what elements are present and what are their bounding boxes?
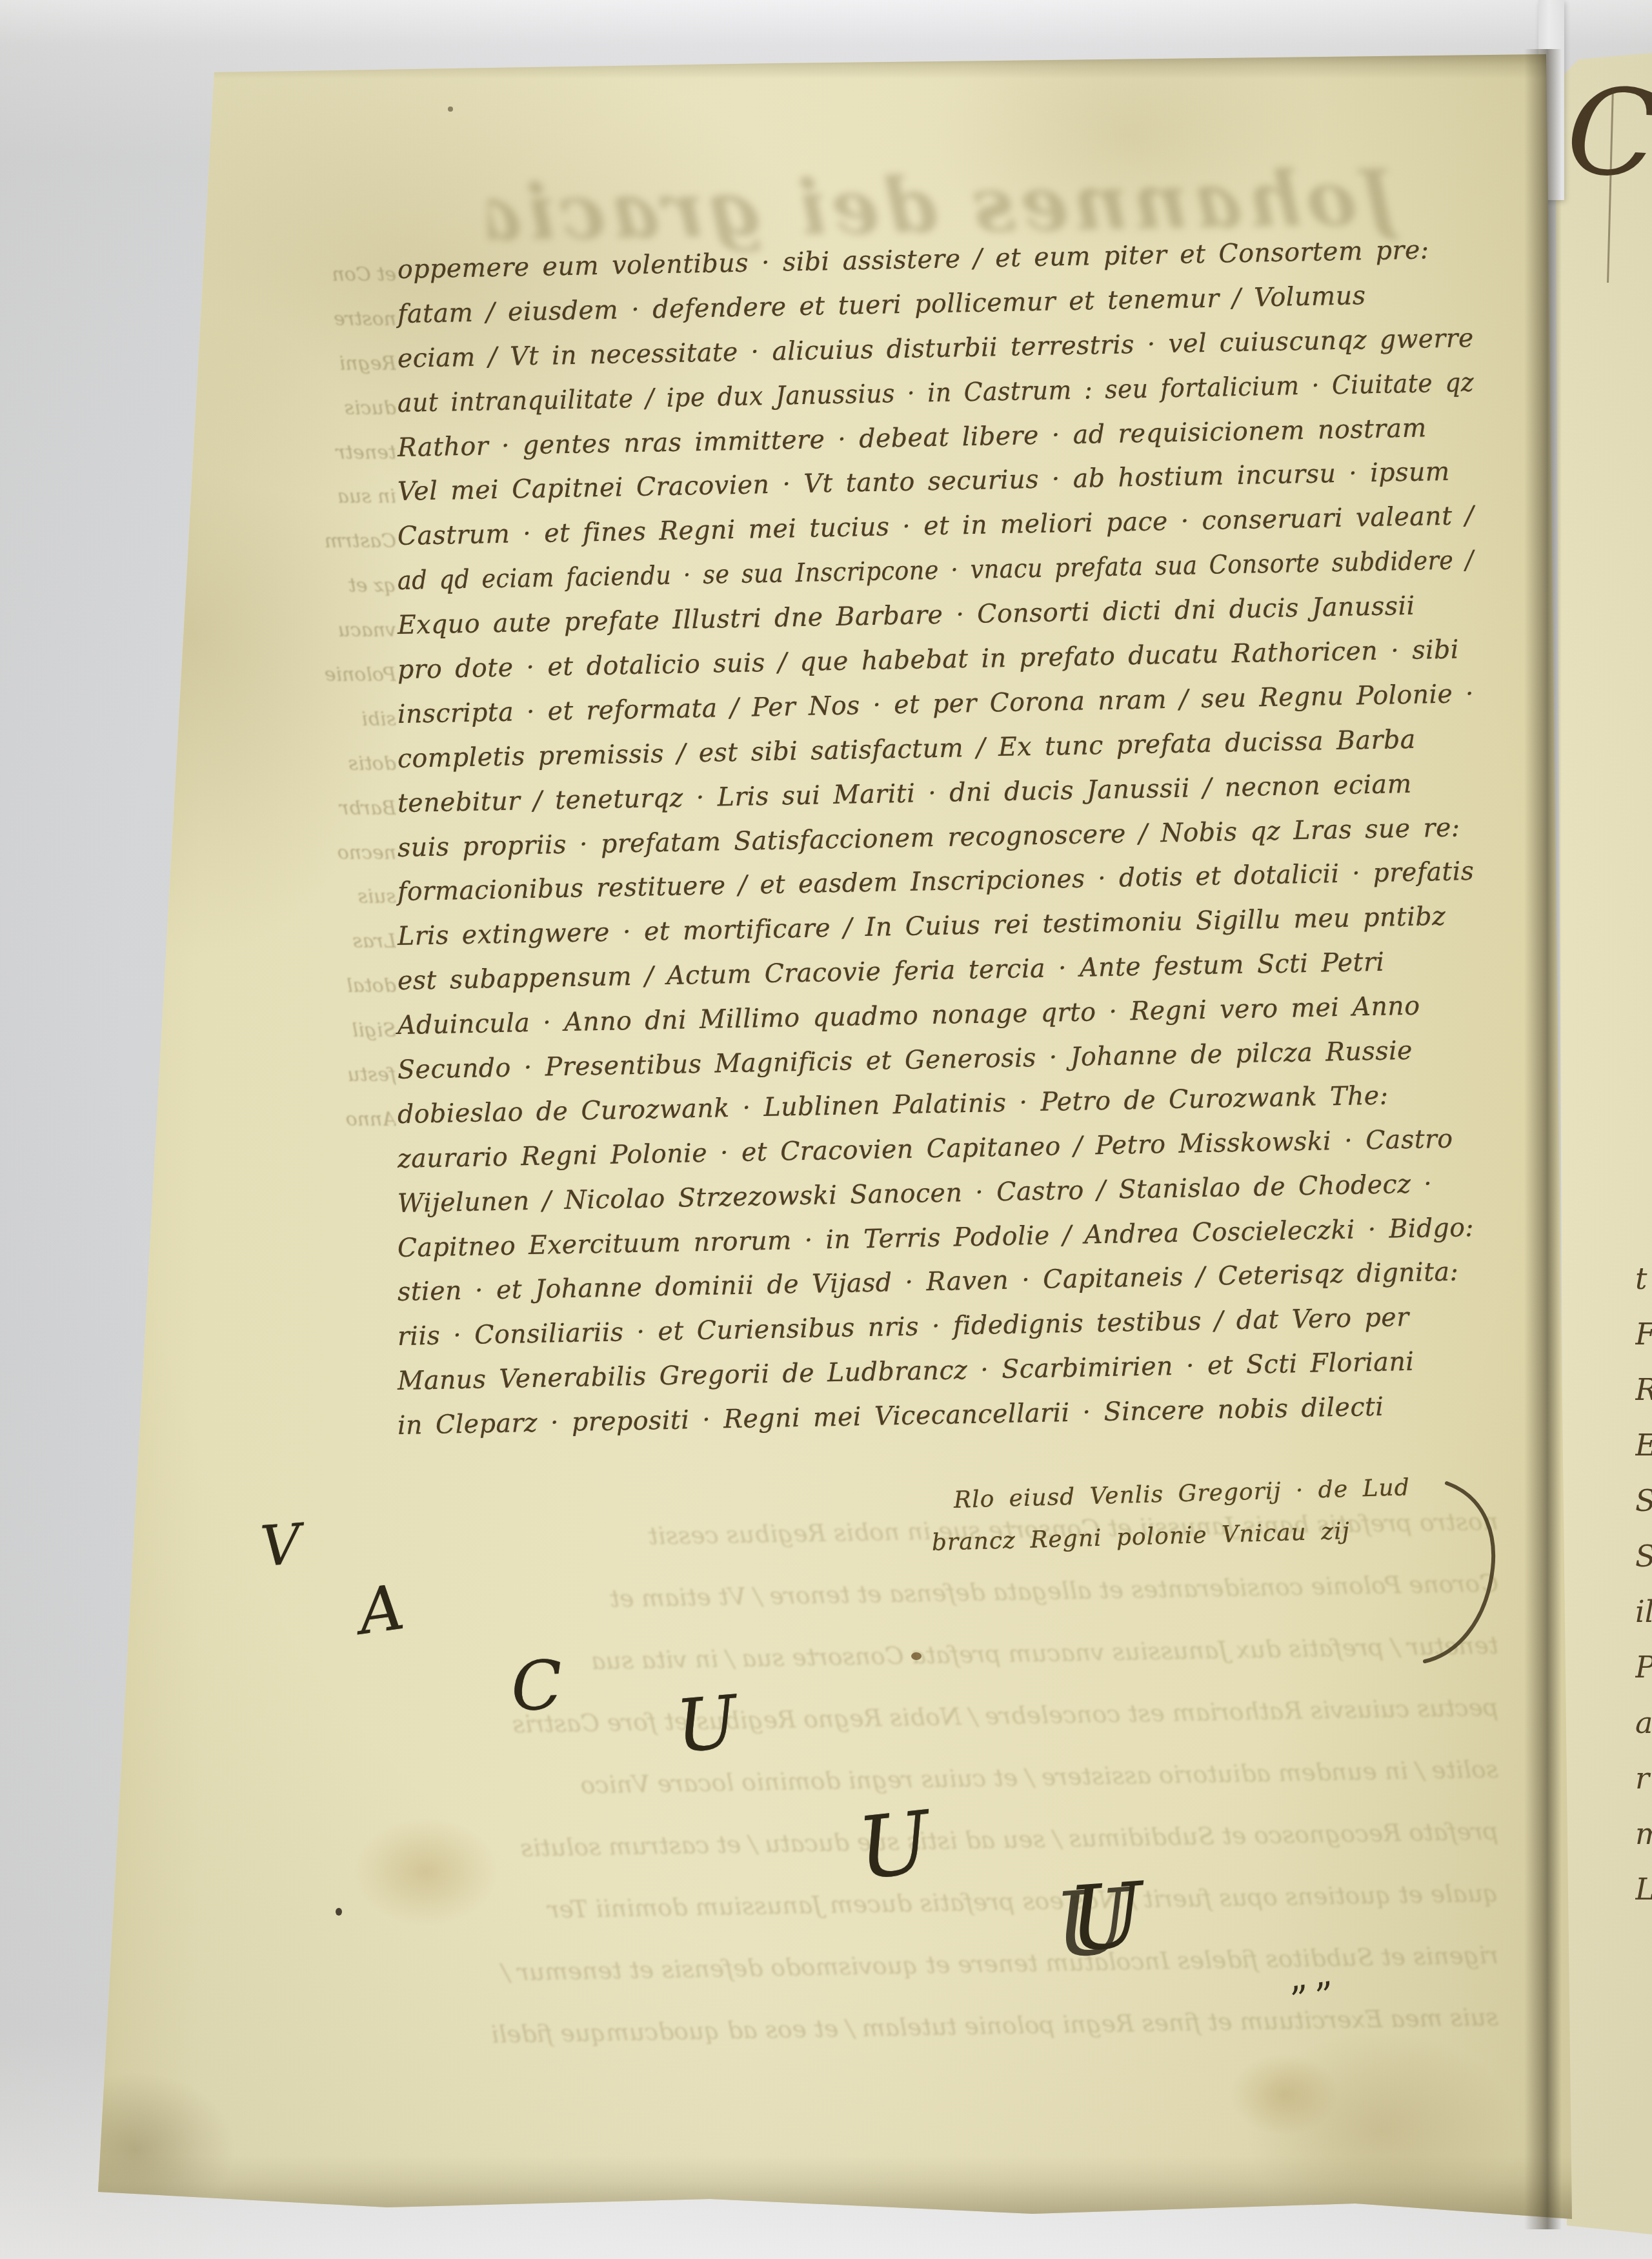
next-page-cut-text-fragments: tFREStSilParmLib bbox=[1635, 1251, 1652, 1917]
cut-letter-fragment: R bbox=[1635, 1362, 1652, 1417]
showthrough-fragment: in sua bbox=[183, 475, 396, 520]
showthrough-fragment: Regni bbox=[183, 342, 396, 387]
manuscript-page: Johannes dei gracia Rex Polonie et Conno… bbox=[0, 0, 1652, 2259]
showthrough-fragment: dotal bbox=[183, 964, 396, 1009]
cut-letter-fragment: E bbox=[1635, 1417, 1652, 1473]
pen-trial-letter: A bbox=[355, 1576, 408, 1644]
cut-letter-fragment: m bbox=[1635, 1806, 1652, 1861]
cut-letter-fragment: S bbox=[1635, 1528, 1652, 1584]
cut-letter-fragment: r bbox=[1635, 1750, 1652, 1806]
showthrough-fragment: tenetr bbox=[183, 431, 396, 476]
showthrough-fragment: Barbr bbox=[183, 787, 396, 831]
showthrough-fragment: nostre bbox=[183, 298, 396, 342]
cut-letter-fragment: P bbox=[1635, 1639, 1652, 1695]
pen-flourish bbox=[1402, 1478, 1531, 1672]
pen-trial-letter: C bbox=[509, 1651, 564, 1721]
showthrough-fragment: vnacu bbox=[183, 609, 396, 653]
showthrough-fragment: festu bbox=[183, 1053, 396, 1098]
showthrough-fragment: dotis bbox=[183, 742, 396, 787]
pen-trial-letter: U bbox=[1065, 1870, 1147, 1965]
ink-speck bbox=[448, 106, 453, 112]
stain-speck bbox=[911, 1652, 922, 1660]
cut-letter-fragment: t bbox=[1635, 1251, 1652, 1306]
showthrough-fragment: suis bbox=[183, 875, 396, 920]
chancery-subscription: Rlo eiusd Venlis Gregorij · de Ludbrancz… bbox=[954, 1479, 1410, 1565]
cut-letter-fragment: a bbox=[1635, 1695, 1652, 1750]
next-page-initial: Co bbox=[1564, 71, 1652, 198]
manuscript-text-block: oppemere eum volentibus · sibi assistere… bbox=[398, 248, 1488, 1448]
showthrough-fragment: et Con bbox=[183, 253, 396, 298]
showthrough-fragment: Sigil bbox=[183, 1009, 396, 1053]
showthrough-fragment: sibi bbox=[183, 698, 396, 742]
photograph-of-manuscript-opening: Co tFREStSilParmLib Johannes dei gracia … bbox=[0, 0, 1652, 2259]
pen-trial-letter: U bbox=[673, 1686, 740, 1763]
showthrough-fragment: ducis bbox=[183, 387, 396, 431]
showthrough-fragment: Anno bbox=[183, 1098, 396, 1142]
cut-letter-fragment: il bbox=[1635, 1584, 1652, 1639]
cut-letter-fragment: F bbox=[1635, 1306, 1652, 1362]
showthrough-fragment: necno bbox=[183, 831, 396, 876]
showthrough-fragment: Lras bbox=[183, 920, 396, 964]
cut-letter-fragment: St bbox=[1635, 1473, 1652, 1528]
cut-letter-fragment: Lib bbox=[1635, 1861, 1652, 1917]
showthrough-fragment: Castrm bbox=[183, 520, 396, 564]
pen-trial-letter: U bbox=[854, 1800, 934, 1892]
pen-trial-letter: V bbox=[259, 1517, 303, 1575]
showthrough-fragment: Polonie bbox=[183, 653, 396, 698]
ink-speck bbox=[336, 1908, 342, 1916]
showthrough-margin-column: et ConnostreRegniducistenetrin suaCastrm… bbox=[183, 253, 396, 1142]
ink-dots: „„ bbox=[1285, 1951, 1341, 2000]
showthrough-fragment: qz et bbox=[183, 564, 396, 609]
